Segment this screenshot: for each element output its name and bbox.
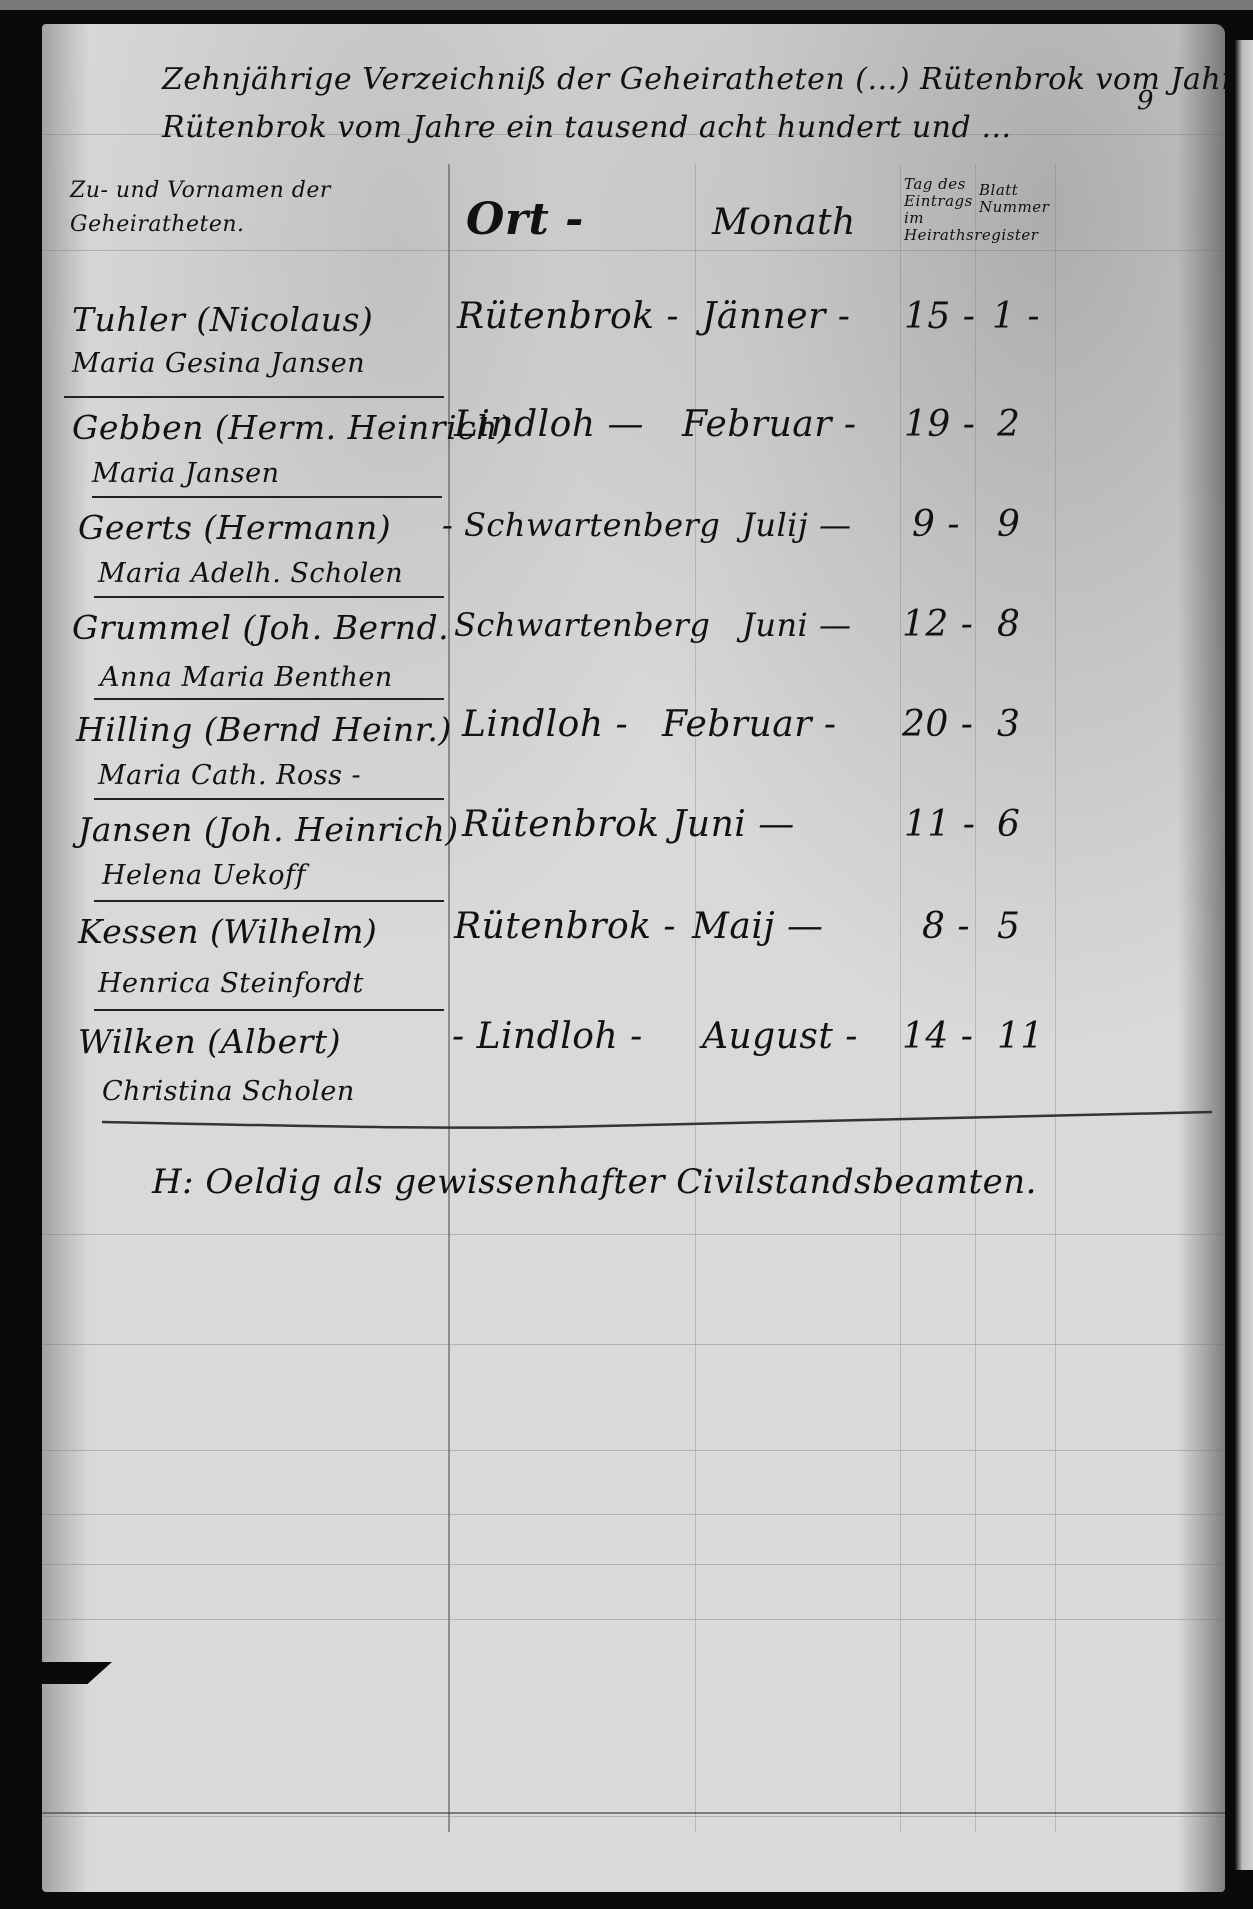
day: 19 - xyxy=(904,404,975,445)
ruled-line xyxy=(42,1564,1225,1565)
entry-separator xyxy=(94,596,444,598)
month: Februar - xyxy=(682,404,857,445)
month: Julij — xyxy=(742,506,852,544)
header-month: Monath xyxy=(712,202,856,243)
wife-name: Maria Jansen xyxy=(92,458,280,489)
footer-signature-note: H: Oeldig als gewissenhafter Civilstands… xyxy=(152,1162,1037,1202)
month: Juni — xyxy=(672,804,795,845)
bottom-double-rule xyxy=(42,1812,1225,1814)
sheet: 5 xyxy=(997,906,1020,947)
day: 11 - xyxy=(904,804,975,845)
month: Juni — xyxy=(742,606,851,644)
register-page: Zehnjährige Verzeichniß der Geheirathete… xyxy=(42,24,1225,1892)
sheet: 11 xyxy=(997,1016,1044,1057)
sheet: 8 xyxy=(997,604,1020,645)
sheet: 6 xyxy=(997,804,1020,845)
day: 9 - xyxy=(912,504,960,545)
entry-row: Jansen (Joh. Heinrich) Helena Uekoff Rüt… xyxy=(42,810,1225,910)
entry-separator xyxy=(94,798,444,800)
day: 12 - xyxy=(902,604,973,645)
entry-separator xyxy=(64,396,444,398)
day: 15 - xyxy=(904,296,975,337)
wife-name: Helena Uekoff xyxy=(102,860,306,891)
ruled-line xyxy=(42,1234,1225,1235)
scan-right-edge xyxy=(1235,40,1253,1870)
day: 20 - xyxy=(902,704,973,745)
month: Februar - xyxy=(662,704,837,745)
day: 14 - xyxy=(902,1016,973,1057)
sheet: 9 xyxy=(997,504,1020,545)
wife-name: Henrica Steinfordt xyxy=(98,968,364,999)
header-sheet: Blatt Nummer xyxy=(979,182,1051,216)
place: Lindloh - xyxy=(462,704,628,745)
entry-row: Gebben (Herm. Heinrich) Maria Jansen Lin… xyxy=(42,408,1225,508)
sheet: 1 - xyxy=(992,296,1040,337)
header-names: Zu- und Vornamen der Geheiratheten. xyxy=(70,174,430,242)
entry-row: Wilken (Albert) Christina Scholen - Lind… xyxy=(42,1022,1225,1122)
entry-row: Kessen (Wilhelm) Henrica Steinfordt Rüte… xyxy=(42,912,1225,1012)
header-place: Ort - xyxy=(466,194,584,245)
sheet: 2 xyxy=(997,404,1020,445)
sheet: 3 xyxy=(997,704,1020,745)
title-line-2: Rütenbrok vom Jahre ein tausend acht hun… xyxy=(162,110,1012,145)
husband-name: Gebben (Herm. Heinrich) xyxy=(72,408,511,447)
month: August - xyxy=(702,1016,858,1057)
entry-separator xyxy=(94,900,444,902)
ruled-line xyxy=(42,1619,1225,1620)
entry-row: Hilling (Bernd Heinr.) Maria Cath. Ross … xyxy=(42,710,1225,810)
wife-name: Anna Maria Benthen xyxy=(100,662,393,693)
closing-rule xyxy=(102,1110,1212,1140)
entry-separator xyxy=(94,1009,444,1011)
title-line-1: Zehnjährige Verzeichniß der Geheirathete… xyxy=(162,62,1225,97)
entry-row: Grummel (Joh. Bernd. Anna Maria Benthen … xyxy=(42,608,1225,708)
entry-separator xyxy=(92,496,442,498)
entry-row: Tuhler (Nicolaus) Maria Gesina Jansen Rü… xyxy=(42,300,1225,400)
husband-name: Kessen (Wilhelm) xyxy=(78,912,377,951)
place: - Lindloh - xyxy=(452,1016,643,1057)
ruled-line xyxy=(42,1450,1225,1451)
ruled-line xyxy=(42,1514,1225,1515)
place: Rütenbrok - xyxy=(454,906,676,947)
day: 8 - xyxy=(922,906,970,947)
bottom-double-rule-2 xyxy=(42,1816,1225,1817)
husband-name: Grummel (Joh. Bernd. xyxy=(72,608,449,647)
husband-name: Wilken (Albert) xyxy=(78,1022,341,1061)
husband-name: Jansen (Joh. Heinrich) xyxy=(78,810,459,849)
place: - Schwartenberg xyxy=(442,506,720,544)
husband-name: Tuhler (Nicolaus) xyxy=(72,300,373,339)
entry-separator xyxy=(94,698,444,700)
ruled-line xyxy=(42,1344,1225,1345)
wife-name: Maria Adelh. Scholen xyxy=(98,558,403,589)
place: Rütenbrok xyxy=(462,804,660,845)
wife-name: Maria Gesina Jansen xyxy=(72,348,365,379)
place: Rütenbrok - xyxy=(457,296,679,337)
place: Lindloh — xyxy=(454,404,644,445)
corner-number: 9 xyxy=(1137,86,1154,116)
wife-name: Maria Cath. Ross - xyxy=(98,760,361,791)
page-tab-notch xyxy=(42,1662,112,1684)
wife-name: Christina Scholen xyxy=(102,1076,355,1107)
month: Jänner - xyxy=(702,296,850,337)
header-day: Tag des Eintrags im Heirathsregister xyxy=(904,176,974,244)
husband-name: Geerts (Hermann) xyxy=(78,508,391,547)
month: Maij — xyxy=(692,906,823,947)
entry-row: Geerts (Hermann) Maria Adelh. Scholen - … xyxy=(42,508,1225,608)
ruled-line xyxy=(42,250,1225,251)
place: Schwartenberg xyxy=(454,606,710,644)
scan-top-edge xyxy=(0,0,1253,10)
husband-name: Hilling (Bernd Heinr.) xyxy=(76,710,452,749)
